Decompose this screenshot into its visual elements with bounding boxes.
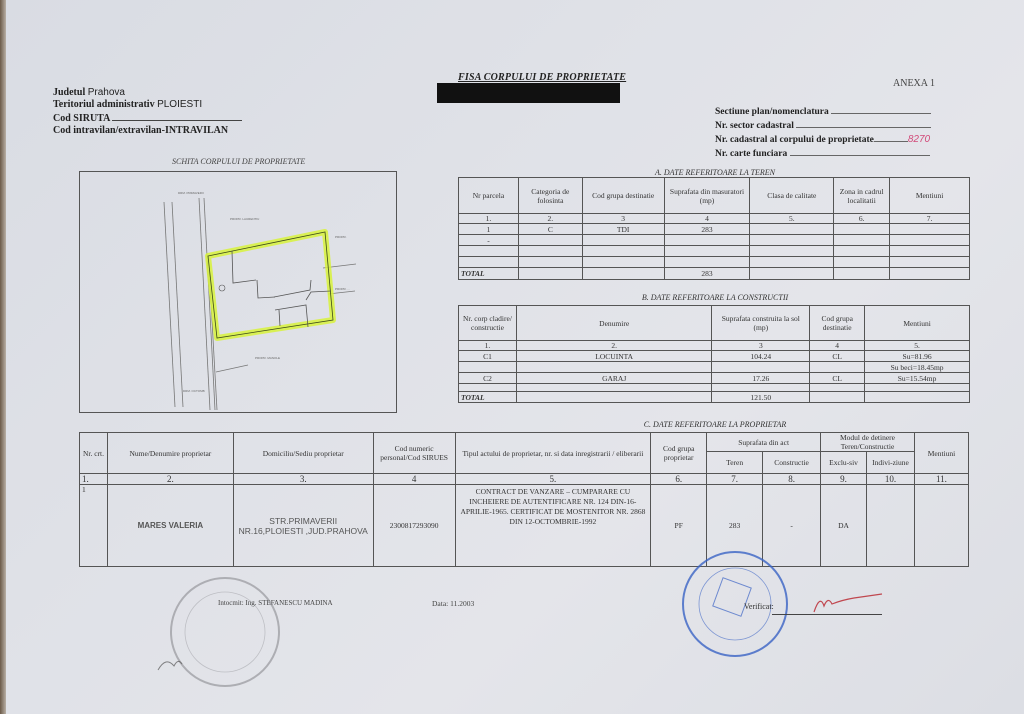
sector-label: Nr. sector cadastral (715, 121, 794, 131)
siruta-blank-line (112, 111, 242, 121)
table-header-row: Nr parcela Categoria de folosinta Cod gr… (459, 178, 970, 214)
document-title: FISA CORPULUI DE PROPRIETATE (458, 72, 626, 83)
judet-value: Prahova (88, 87, 125, 98)
svg-text:PROPR.: PROPR. (335, 235, 347, 239)
total-row: TOTAL121.50 (459, 392, 970, 403)
header-right-block: Sectiune plan/nomenclatura Nr. sector ca… (715, 104, 931, 160)
left-stamp-icon (150, 575, 300, 690)
svg-text:DRM. PRIMAVERII: DRM. PRIMAVERII (178, 191, 204, 195)
section-a-title: A. DATE REFERITOARE LA TEREN (455, 168, 975, 177)
carte-funciara-label: Nr. carte funciara (715, 149, 787, 159)
redaction-bar (437, 83, 620, 103)
teritoriu-value: PLOIESTI (157, 99, 202, 110)
table-row: C1LOCUINTA104.24CLSu=81.96 (459, 351, 970, 362)
column-number-row: 1.2.3.45.6.7.8.9.10.11. (80, 474, 969, 485)
table-row (459, 384, 970, 392)
column-number-row: 1.2.345.6.7. (459, 214, 970, 224)
svg-text:PROPR. LAURENTIU: PROPR. LAURENTIU (230, 217, 259, 221)
sectiune-line (831, 104, 931, 114)
svg-text:PROPR. MANOLE: PROPR. MANOLE (255, 356, 280, 360)
owner-data-table: Nr. crt. Nume/Denumire proprietar Domici… (79, 432, 969, 567)
table-row: 1CTDI283 (459, 224, 970, 235)
page-edge-shadow (0, 0, 6, 714)
siruta-label: Cod SIRUTA (53, 113, 110, 124)
column-number-row: 1.2.345. (459, 341, 970, 351)
document-date: Data: 11.2003 (432, 599, 474, 608)
sketch-title: SCHITA CORPULUI DE PROPRIETATE (172, 157, 305, 166)
svg-text:DRM. OCTOMB: DRM. OCTOMB (183, 389, 205, 393)
owner-row: 1 MARES VALERIA STR.PRIMAVERII NR.16,PLO… (80, 485, 969, 567)
table-header-row: Nr. corp cladire/ constructie Denumire S… (459, 306, 970, 341)
table-header-row: Nr. crt. Nume/Denumire proprietar Domici… (80, 433, 969, 452)
construction-data-table: Nr. corp cladire/ constructie Denumire S… (458, 305, 970, 403)
table-row: C2GARAJ17.26CLSu=15.54mp (459, 373, 970, 384)
annex-label: ANEXA 1 (893, 78, 935, 89)
sector-line (796, 118, 931, 128)
nr-cadastral-label: Nr. cadastral al corpului de proprietate (715, 135, 874, 145)
table-row (459, 257, 970, 268)
judet-label: Judetul (53, 87, 85, 98)
table-row: - (459, 235, 970, 246)
table-row (459, 246, 970, 257)
property-sketch: DRM. PRIMAVERII PROPR. LAURENTIU PROPR. … (79, 171, 397, 413)
header-left-block: Judetul Prahova Teritoriul administrativ… (53, 87, 242, 137)
table-row: Su beci=18.45mp (459, 362, 970, 373)
carte-funciara-line (790, 146, 930, 156)
parcel-boundary (208, 232, 333, 338)
right-stamp-icon (677, 547, 797, 662)
nr-cadastral-value: 8270 (908, 134, 930, 145)
intravilan-label: Cod intravilan/extravilan-INTRAVILAN (53, 125, 242, 137)
verified-label: Verificat: (744, 602, 774, 611)
sectiune-label: Sectiune plan/nomenclatura (715, 107, 829, 117)
total-row: TOTAL283 (459, 268, 970, 280)
teritoriu-label: Teritoriul administrativ (53, 99, 155, 110)
land-data-table: Nr parcela Categoria de folosinta Cod gr… (458, 177, 970, 280)
signature-icon (810, 590, 890, 615)
section-c-title: C. DATE REFERITOARE LA PROPRIETAR (455, 420, 975, 429)
site-plan-drawing: DRM. PRIMAVERII PROPR. LAURENTIU PROPR. … (80, 172, 396, 412)
section-b-title: B. DATE REFERITOARE LA CONSTRUCTII (455, 293, 975, 302)
svg-text:PROPR. ...: PROPR. ... (335, 287, 350, 291)
